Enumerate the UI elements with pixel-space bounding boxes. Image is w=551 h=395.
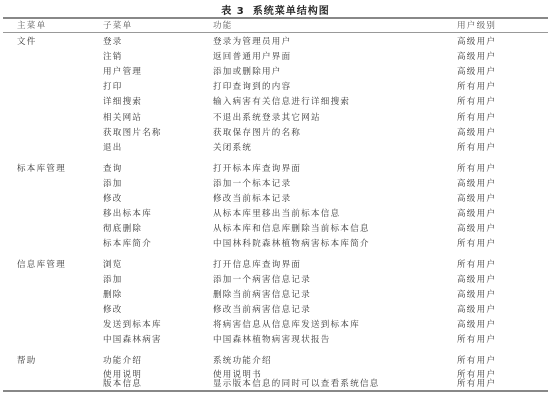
sub-menu-cell: 用户管理 — [103, 66, 142, 79]
user-level-cell: 高级用户 — [457, 223, 496, 236]
function-cell: 打开信息库查询界面 — [213, 259, 301, 272]
function-cell: 系统功能介绍 — [213, 355, 272, 368]
sub-menu-cell: 添加 — [103, 178, 123, 191]
table-row: 详细搜索 输入病害有关信息进行详细搜索 所有用户 — [0, 96, 551, 109]
bottom-rule — [3, 390, 548, 392]
table-row: 用户管理 添加或删除用户 高级用户 — [0, 66, 551, 79]
table-row: 帮助 功能介绍 系统功能介绍 所有用户 — [0, 355, 551, 368]
table-row: 彻底删除 从标本库和信息库删除当前标本信息 高级用户 — [0, 223, 551, 236]
sub-menu-cell: 注销 — [103, 51, 123, 64]
user-level-cell: 所有用户 — [457, 355, 496, 368]
sub-menu-cell: 详细搜索 — [103, 96, 142, 109]
main-menu-cell: 标本库管理 — [17, 163, 66, 176]
table-row: 相关网站 不退出系统登录其它网站 所有用户 — [0, 112, 551, 125]
function-cell: 修改当前标本记录 — [213, 193, 291, 206]
sub-menu-cell: 修改 — [103, 304, 123, 317]
user-level-cell: 所有用户 — [457, 96, 496, 109]
function-cell: 将病害信息从信息库发送到标本库 — [213, 319, 360, 332]
user-level-cell: 高级用户 — [457, 289, 496, 302]
table-row: 添加 添加一个病害信息记录 高级用户 — [0, 274, 551, 287]
sub-menu-cell: 退出 — [103, 142, 123, 155]
table-row: 修改 修改当前病害信息记录 高级用户 — [0, 304, 551, 317]
function-cell: 输入病害有关信息进行详细搜索 — [213, 96, 350, 109]
sub-menu-cell: 发送到标本库 — [103, 319, 162, 332]
sub-menu-cell: 功能介绍 — [103, 355, 142, 368]
table-row: 文件 登录 登录为管理员用户 高级用户 — [0, 36, 551, 49]
table-row: 打印 打印查询到的内容 所有用户 — [0, 81, 551, 94]
function-cell: 中国林科院森林植物病害标本库简介 — [213, 238, 370, 251]
function-cell: 从标本库里移出当前标本信息 — [213, 208, 340, 221]
table-row: 标本库管理 查询 打开标本库查询界面 所有用户 — [0, 163, 551, 176]
function-cell: 从标本库和信息库删除当前标本信息 — [213, 223, 370, 236]
function-cell: 添加或删除用户 — [213, 66, 282, 79]
sub-menu-cell: 中国森林病害 — [103, 334, 162, 347]
function-cell: 中国森林植物病害现状报告 — [213, 334, 331, 347]
main-menu-cell: 信息库管理 — [17, 259, 66, 272]
function-cell: 打开标本库查询界面 — [213, 163, 301, 176]
table-row: 获取图片名称 获取保存图片的名称 高级用户 — [0, 127, 551, 140]
user-level-cell: 高级用户 — [457, 51, 496, 64]
function-cell: 修改当前病害信息记录 — [213, 304, 311, 317]
sub-menu-cell: 登录 — [103, 36, 123, 49]
user-level-cell: 高级用户 — [457, 319, 496, 332]
function-cell: 不退出系统登录其它网站 — [213, 112, 321, 125]
main-menu-cell: 文件 — [17, 36, 37, 49]
sub-menu-cell: 查询 — [103, 163, 123, 176]
sub-menu-cell: 标本库简介 — [103, 238, 152, 251]
function-cell: 登录为管理员用户 — [213, 36, 291, 49]
table-row: 移出标本库 从标本库里移出当前标本信息 高级用户 — [0, 208, 551, 221]
table-row: 信息库管理 浏览 打开信息库查询界面 所有用户 — [0, 259, 551, 272]
function-cell: 关闭系统 — [213, 142, 252, 155]
function-cell: 打印查询到的内容 — [213, 81, 291, 94]
sub-menu-cell: 移出标本库 — [103, 208, 152, 221]
user-level-cell: 所有用户 — [457, 238, 496, 251]
function-cell: 添加一个标本记录 — [213, 178, 291, 191]
table-caption: 表 3系统菜单结构图 — [0, 2, 551, 17]
user-level-cell: 高级用户 — [457, 36, 496, 49]
table-row: 标本库简介 中国林科院森林植物病害标本库简介 所有用户 — [0, 238, 551, 251]
user-level-cell: 所有用户 — [457, 334, 496, 347]
table-row: 中国森林病害 中国森林植物病害现状报告 所有用户 — [0, 334, 551, 347]
function-cell: 添加一个病害信息记录 — [213, 274, 311, 287]
user-level-cell: 高级用户 — [457, 178, 496, 191]
function-cell: 返回普通用户界面 — [213, 51, 291, 64]
table-row: 注销 返回普通用户界面 高级用户 — [0, 51, 551, 64]
user-level-cell: 高级用户 — [457, 127, 496, 140]
user-level-cell: 高级用户 — [457, 193, 496, 206]
table-row: 发送到标本库 将病害信息从信息库发送到标本库 高级用户 — [0, 319, 551, 332]
sub-menu-cell: 打印 — [103, 81, 123, 94]
sub-menu-cell: 浏览 — [103, 259, 123, 272]
sub-menu-cell: 相关网站 — [103, 112, 142, 125]
function-cell: 获取保存图片的名称 — [213, 127, 301, 140]
user-level-cell: 高级用户 — [457, 274, 496, 287]
user-level-cell: 高级用户 — [457, 208, 496, 221]
header-rule — [3, 32, 548, 33]
table-row: 退出 关闭系统 所有用户 — [0, 142, 551, 155]
user-level-cell: 所有用户 — [457, 259, 496, 272]
sub-menu-cell: 添加 — [103, 274, 123, 287]
main-menu-cell: 帮助 — [17, 355, 37, 368]
top-rule — [3, 17, 548, 19]
user-level-cell: 所有用户 — [457, 112, 496, 125]
sub-menu-cell: 修改 — [103, 193, 123, 206]
table-number: 表 3 — [221, 6, 244, 17]
sub-menu-cell: 获取图片名称 — [103, 127, 162, 140]
table-row: 删除 删除当前病害信息记录 高级用户 — [0, 289, 551, 302]
sub-menu-cell: 彻底删除 — [103, 223, 142, 236]
user-level-cell: 所有用户 — [457, 163, 496, 176]
sub-menu-cell: 删除 — [103, 289, 123, 302]
user-level-cell: 高级用户 — [457, 304, 496, 317]
table-title: 系统菜单结构图 — [253, 6, 330, 17]
function-cell: 删除当前病害信息记录 — [213, 289, 311, 302]
table-row: 修改 修改当前标本记录 高级用户 — [0, 193, 551, 206]
user-level-cell: 高级用户 — [457, 66, 496, 79]
table-row: 添加 添加一个标本记录 高级用户 — [0, 178, 551, 191]
user-level-cell: 所有用户 — [457, 81, 496, 94]
user-level-cell: 所有用户 — [457, 142, 496, 155]
